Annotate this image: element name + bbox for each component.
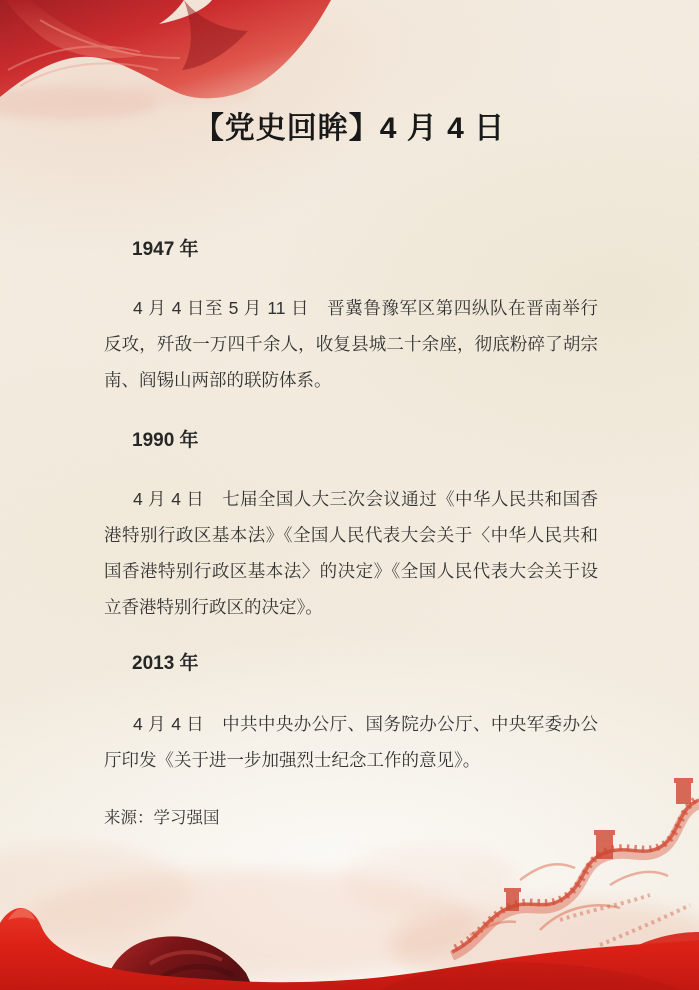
section-year-1947: 1947 年 — [104, 237, 598, 263]
section-text-2013: 4 月 4 日 中共中央办公厅、国务院办公厅、中央军委办公厅印发《关于进一步加强… — [104, 706, 598, 778]
source-credit: 来源：学习强国 — [104, 806, 220, 830]
watercolor-haze — [0, 845, 699, 990]
page-title: 【党史回眸】4 月 4 日 — [0, 103, 699, 147]
section-year-1990: 1990 年 — [104, 428, 598, 454]
dark-silk-fold — [104, 936, 254, 990]
bottom-decoration — [0, 760, 699, 990]
great-wall-illustration — [452, 778, 699, 956]
poster-page: 【党史回眸】4 月 4 日 1947 年 4 月 4 日至 5 月 11 日 晋… — [0, 0, 699, 990]
section-year-2013: 2013 年 — [104, 651, 598, 677]
red-silk-wave — [0, 908, 699, 990]
section-text-1947: 4 月 4 日至 5 月 11 日 晋冀鲁豫军区第四纵队在晋南举行反攻，歼敌一万… — [104, 290, 598, 398]
section-text-1990: 4 月 4 日 七届全国人大三次会议通过《中华人民共和国香港特别行政区基本法》《… — [104, 481, 598, 625]
